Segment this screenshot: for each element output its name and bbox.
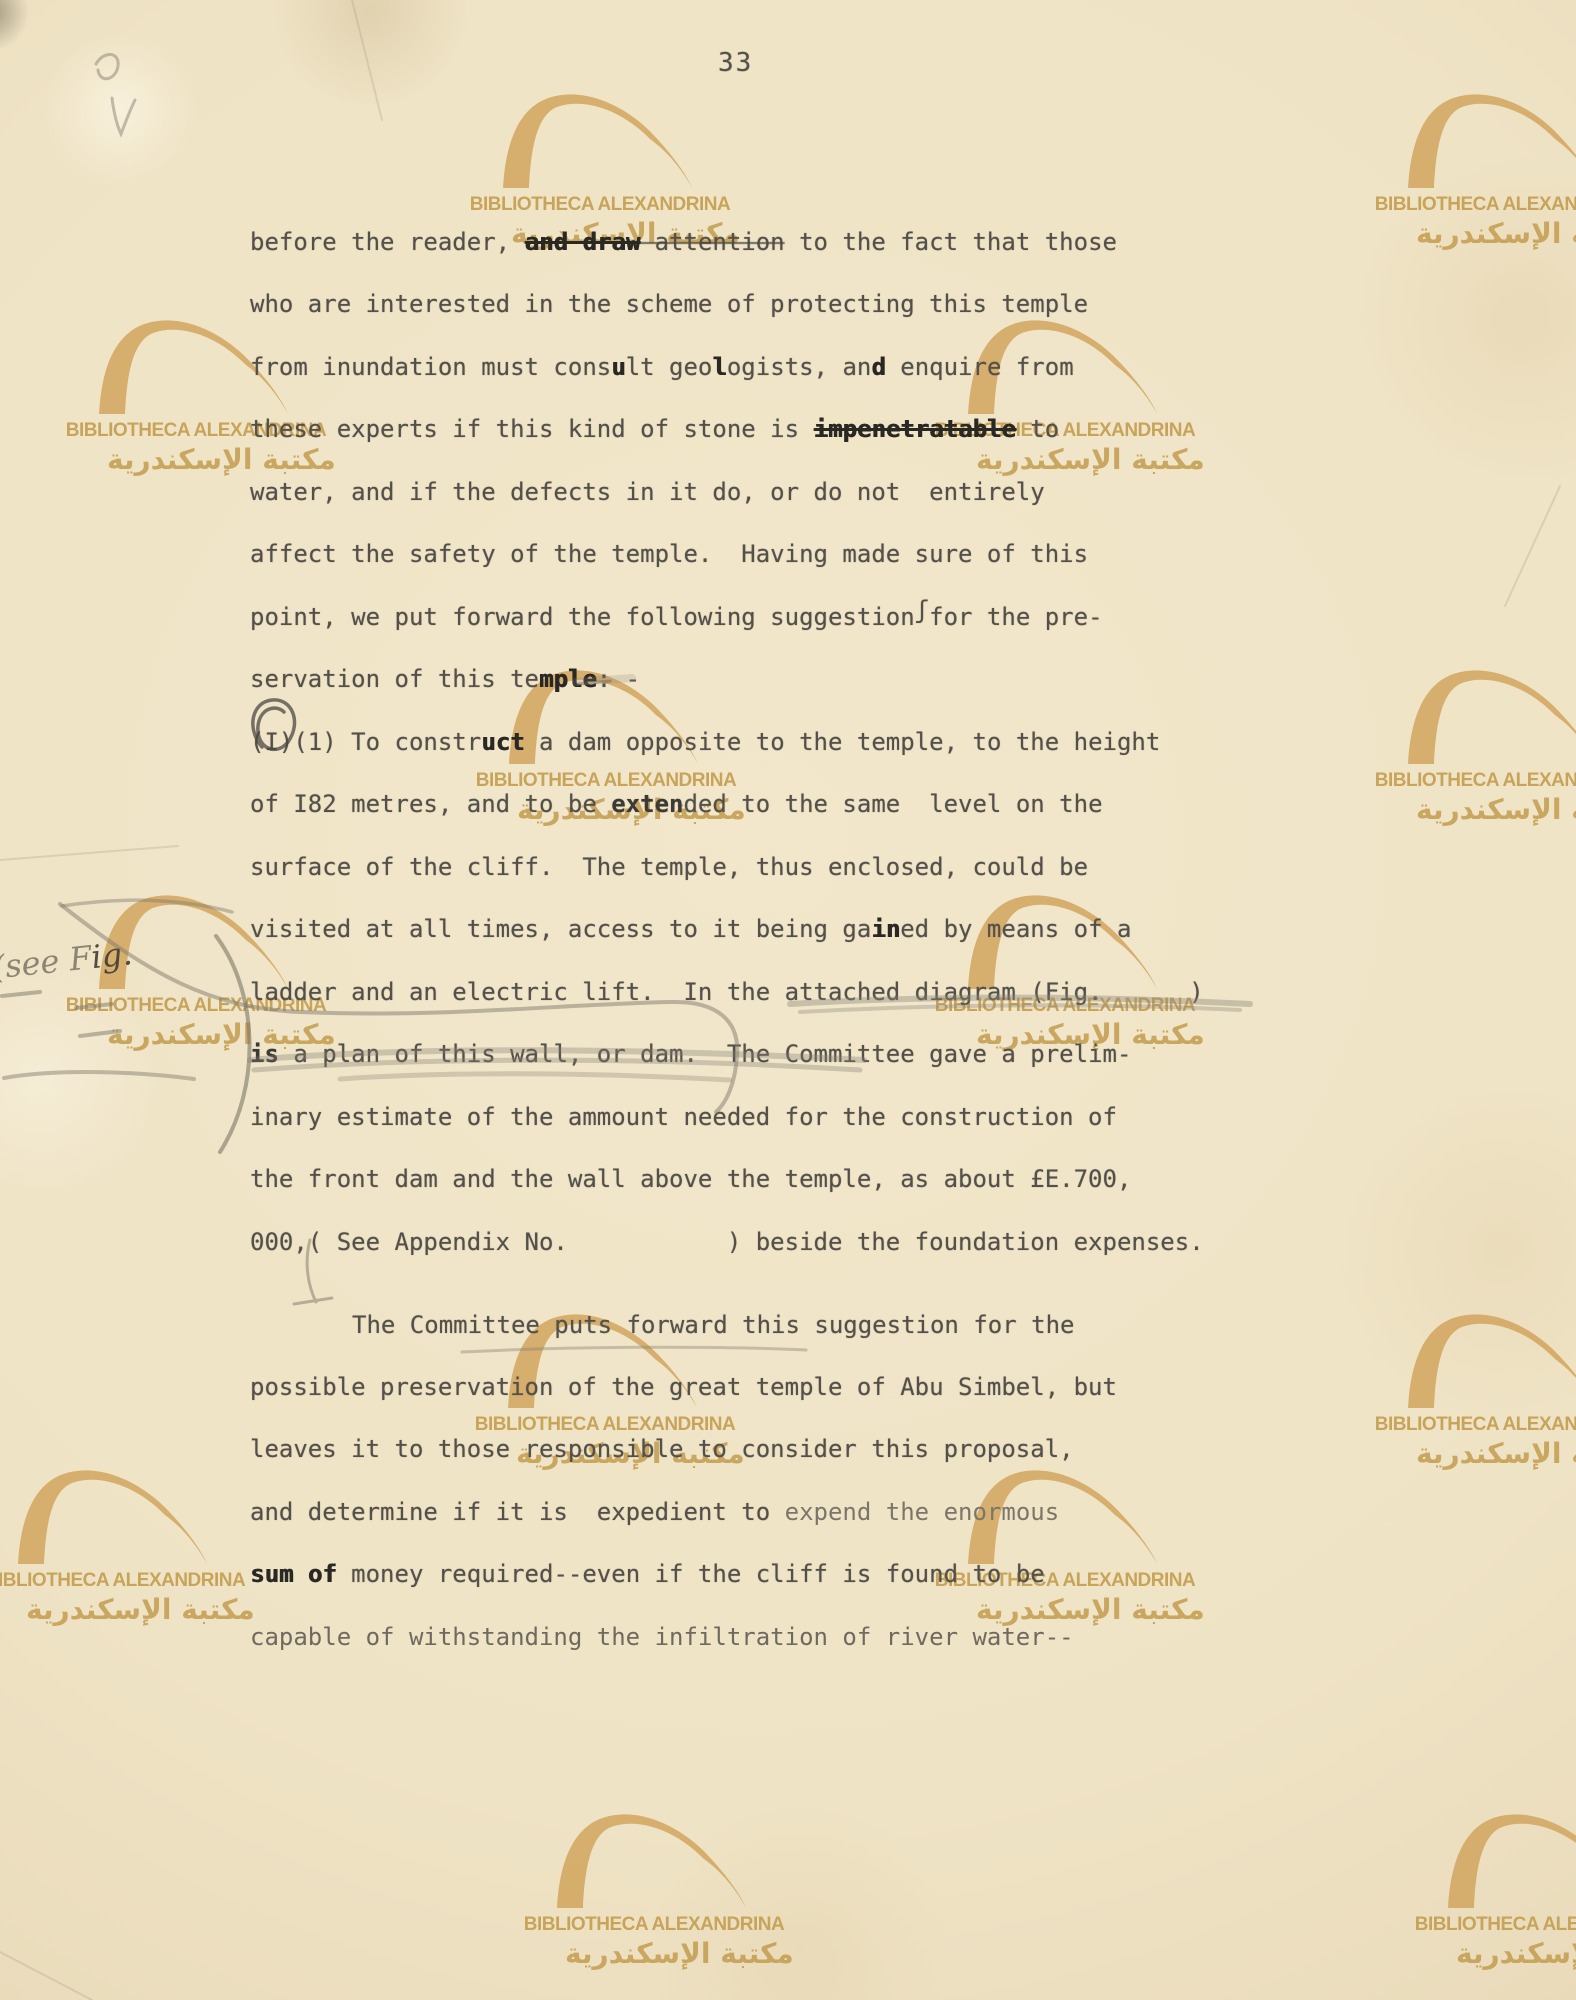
scanned-document-page: 33 BIBLIOTHECA ALEXANDRINA مكتبة الإسكند… (0, 0, 1576, 2000)
typed-line: before the reader, and draw attention to… (250, 230, 1117, 254)
typed-line: of I82 metres, and to be extended to the… (250, 792, 1103, 816)
typed-line: capable of withstanding the infiltration… (250, 1625, 1074, 1649)
typed-line: these experts if this kind of stone is i… (250, 417, 1059, 441)
typed-line: sum of money required--even if the cliff… (250, 1562, 1045, 1586)
typed-line: possible preservation of the great templ… (250, 1375, 1117, 1399)
typed-line: visited at all times, access to it being… (250, 917, 1131, 941)
typed-line: (I)(1) To construct a dam opposite to th… (250, 730, 1160, 754)
typed-line: leaves it to those responsible to consid… (250, 1437, 1074, 1461)
typed-line: 000,( See Appendix No. ) beside the foun… (250, 1230, 1204, 1254)
typed-line: point, we put forward the following sugg… (250, 605, 1103, 629)
typed-line: water, and if the defects in it do, or d… (250, 480, 1045, 504)
typed-line: who are interested in the scheme of prot… (250, 292, 1088, 316)
typed-line: servation of this temple: - (250, 667, 640, 691)
typed-text: before the reader, and draw attention to… (0, 0, 1576, 2000)
typed-line: surface of the cliff. The temple, thus e… (250, 855, 1088, 879)
typed-line: The Committee puts forward this suggesti… (352, 1313, 1074, 1337)
typed-line: the front dam and the wall above the tem… (250, 1167, 1131, 1191)
typed-line: from inundation must consult geologists,… (250, 355, 1074, 379)
typed-line: affect the safety of the temple. Having … (250, 542, 1088, 566)
typed-line: is a plan of this wall, or dam. The Comm… (250, 1042, 1131, 1066)
typed-line: and determine if it is expedient to expe… (250, 1500, 1059, 1524)
typed-line: inary estimate of the ammount needed for… (250, 1105, 1117, 1129)
typed-line: ladder and an electric lift. In the atta… (250, 980, 1204, 1004)
margin-note-text-dark: ig. (89, 934, 134, 976)
